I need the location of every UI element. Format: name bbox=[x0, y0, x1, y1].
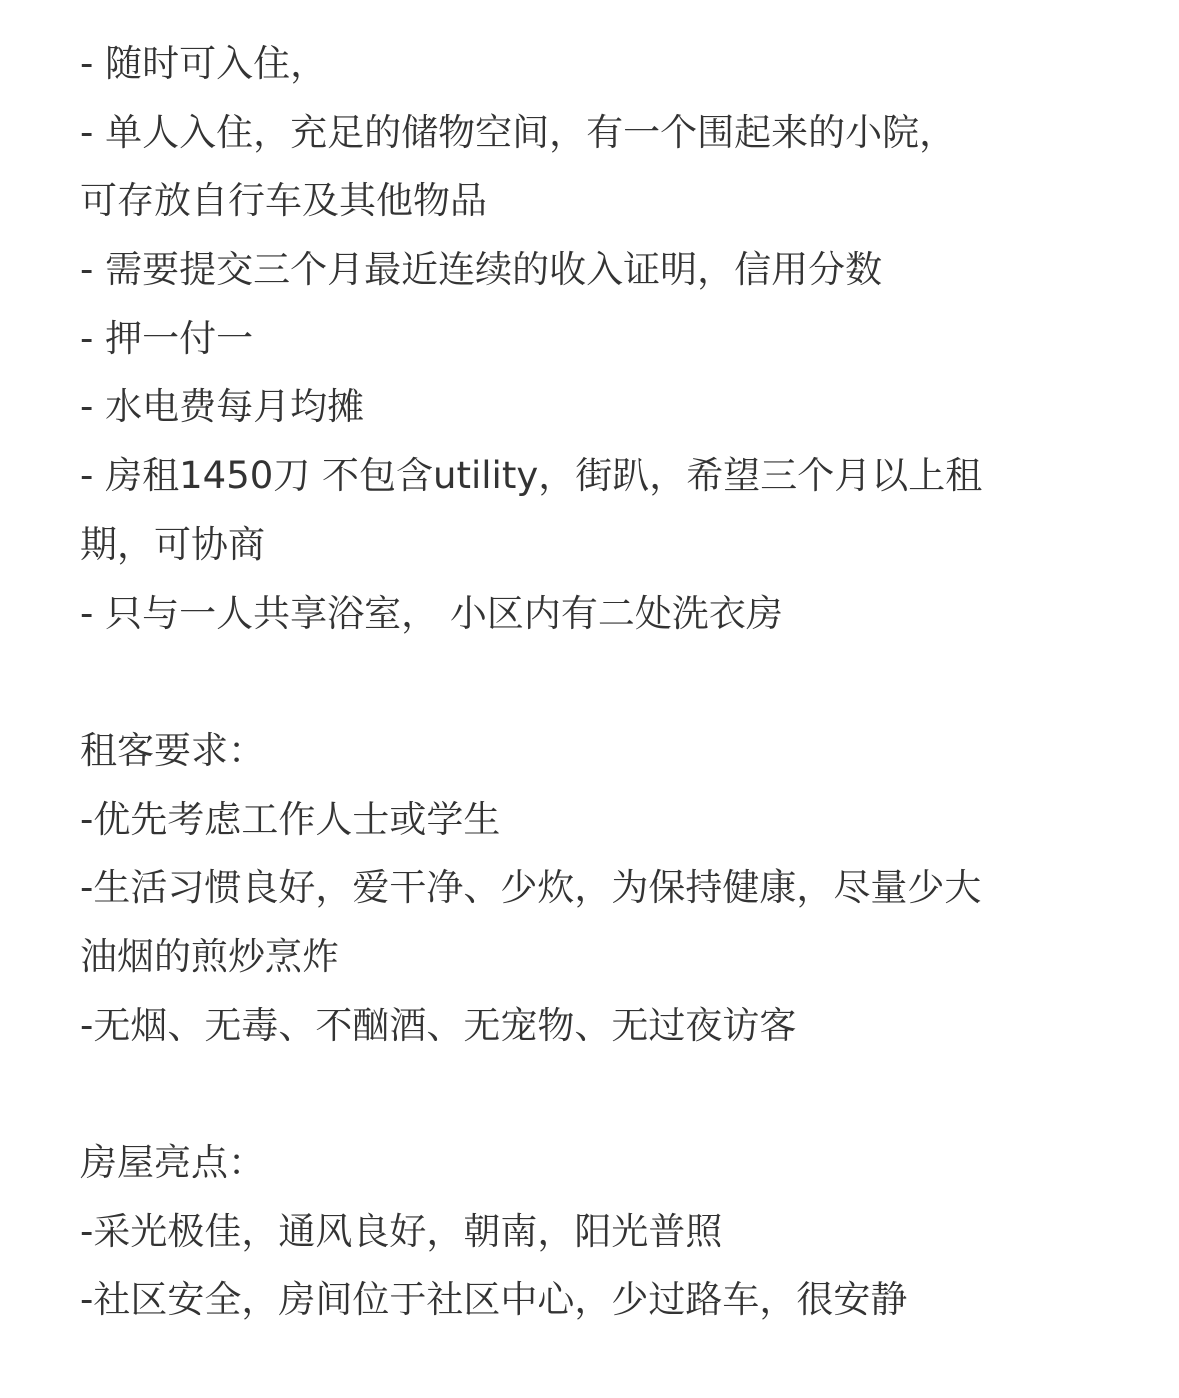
section-heading: 租客要求： bbox=[80, 717, 1120, 786]
section-heading: 房屋亮点： bbox=[80, 1129, 1120, 1198]
spacer bbox=[80, 648, 1120, 717]
section-highlights: 房屋亮点： -采光极佳，通风良好，朝南，阳光普照 -社区安全，房间位于社区中心，… bbox=[80, 1129, 1120, 1335]
requirement-line-occupation: -优先考虑工作人士或学生 bbox=[80, 786, 1120, 855]
listing-document: - 随时可入住， - 单人入住，充足的储物空间，有一个围起来的小院， 可存放自行… bbox=[80, 30, 1120, 1335]
spacer bbox=[80, 1060, 1120, 1129]
detail-line-deposit: - 押一付一 bbox=[80, 305, 1120, 374]
section-listing-details: - 随时可入住， - 单人入住，充足的储物空间，有一个围起来的小院， 可存放自行… bbox=[80, 30, 1120, 648]
detail-line-rent-continued: 期，可协商 bbox=[80, 511, 1120, 580]
detail-line-storage-continued: 可存放自行车及其他物品 bbox=[80, 167, 1120, 236]
section-tenant-requirements: 租客要求： -优先考虑工作人士或学生 -生活习惯良好，爱干净、少炊，为保持健康，… bbox=[80, 717, 1120, 1060]
requirement-line-restrictions: -无烟、无毒、不酗酒、无宠物、无过夜访客 bbox=[80, 992, 1120, 1061]
requirement-line-habits: -生活习惯良好，爱干净、少炊，为保持健康，尽量少大 bbox=[80, 854, 1120, 923]
detail-line-utilities: - 水电费每月均摊 bbox=[80, 373, 1120, 442]
requirement-line-habits-continued: 油烟的煎炒烹炸 bbox=[80, 923, 1120, 992]
detail-line-available: - 随时可入住， bbox=[80, 30, 1120, 99]
detail-line-single-occupancy: - 单人入住，充足的储物空间，有一个围起来的小院， bbox=[80, 99, 1120, 168]
highlight-line-lighting: -采光极佳，通风良好，朝南，阳光普照 bbox=[80, 1198, 1120, 1267]
detail-line-income-proof: - 需要提交三个月最近连续的收入证明，信用分数 bbox=[80, 236, 1120, 305]
detail-line-rent: - 房租1450刀 不包含utility，街趴，希望三个月以上租 bbox=[80, 442, 1120, 511]
detail-line-bathroom-laundry: - 只与一人共享浴室， 小区内有二处洗衣房 bbox=[80, 580, 1120, 649]
highlight-line-safety: -社区安全，房间位于社区中心，少过路车，很安静 bbox=[80, 1266, 1120, 1335]
